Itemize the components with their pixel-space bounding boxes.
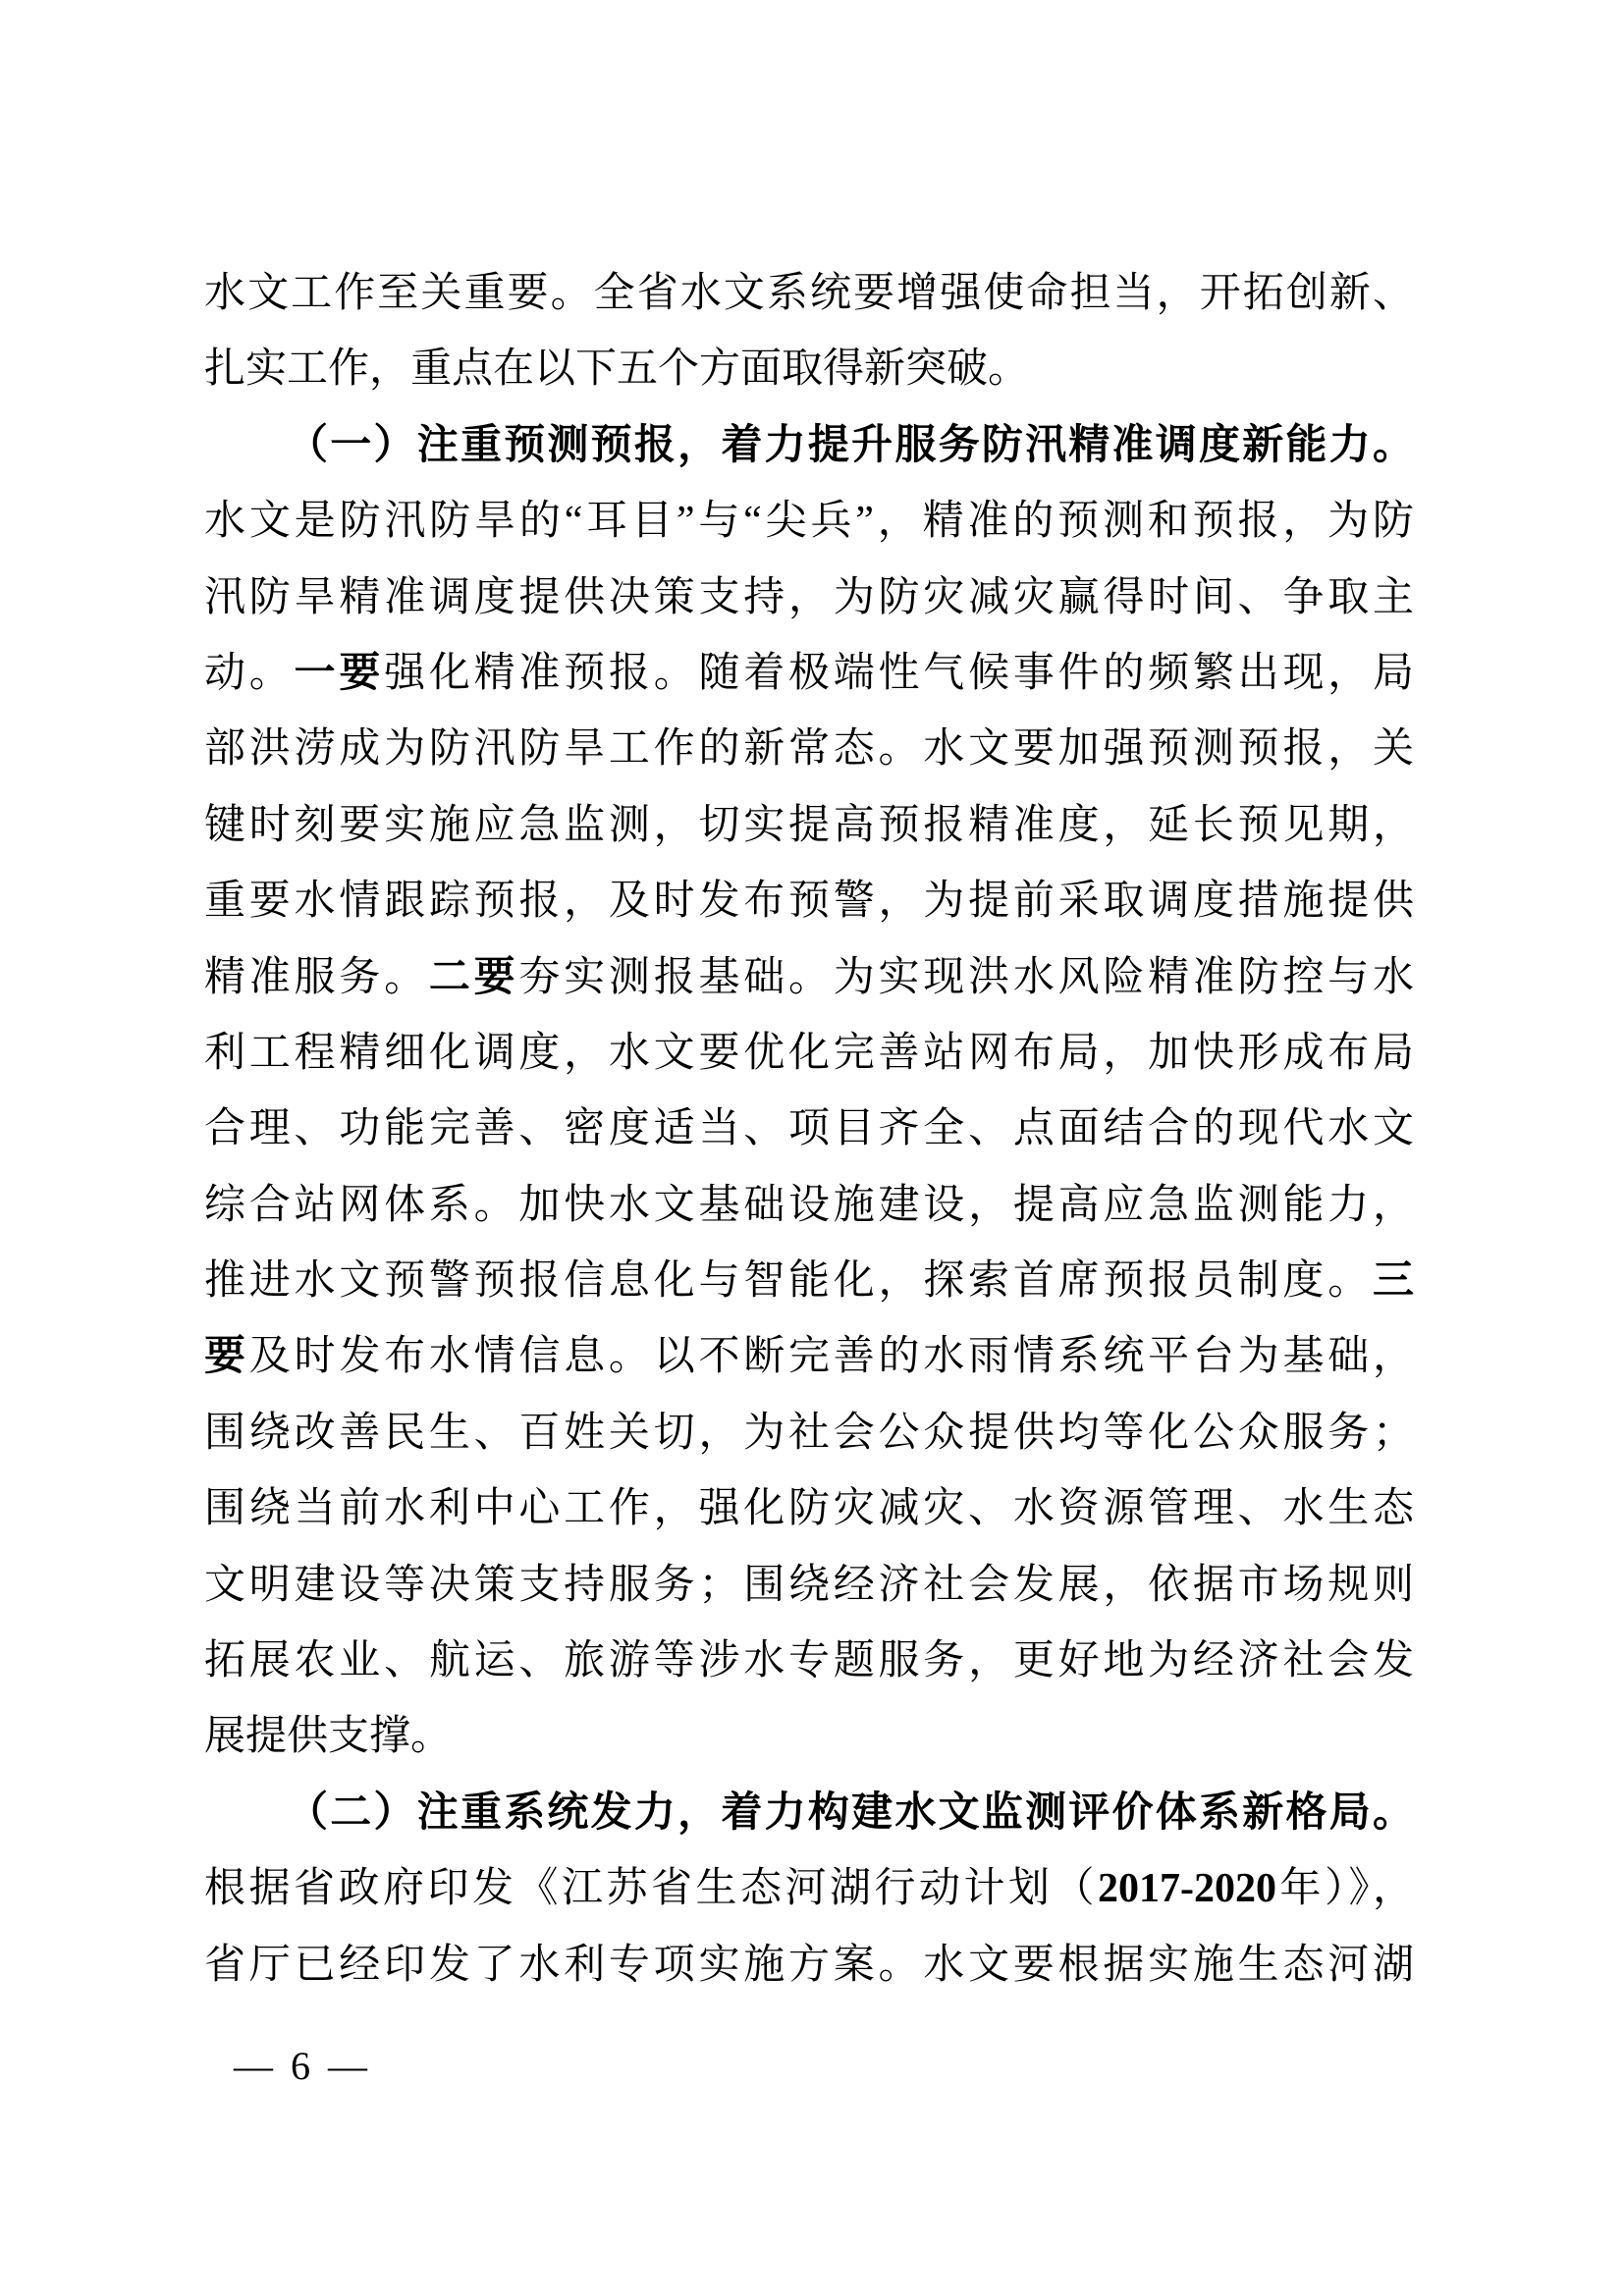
text-segment: 省厅已经印发了水利专项实施方案。水文要根据实施生态河湖 [204, 1943, 1414, 1988]
text-segment: 精准服务。 [204, 955, 429, 1000]
text-line-9: 重要水情跟踪预报，及时发布预警，为提前采取调度措施提供 [204, 864, 1414, 939]
bold-text-segment: 要 [204, 1334, 249, 1379]
text-segment: 综合站网体系。加快水文基础设施建设，提高应急监测能力， [204, 1183, 1414, 1228]
text-segment: 拓展农业、航运、旅游等涉水专题服务，更好地为经济社会发 [204, 1638, 1414, 1683]
text-segment: 重要水情跟踪预报，及时发布预警，为提前采取调度措施提供 [204, 879, 1414, 924]
text-segment: 合理、功能完善、密度适当、项目齐全、点面结合的现代水文 [204, 1106, 1414, 1151]
text-line-2: 扎实工作，重点在以下五个方面取得新突破。 [204, 332, 1414, 407]
text-segment: 年）》， [1276, 1866, 1414, 1911]
text-segment: 水文工作至关重要。全省水文系统要增强使命担当，开拓创新、 [204, 271, 1414, 316]
bold-text-segment: 2017-2020 [1098, 1866, 1276, 1911]
text-segment: 根据省政府印发《江苏省生态河湖行动计划（ [204, 1866, 1098, 1911]
text-segment: 强化精准预报。随着极端性气候事件的频繁出现，局 [384, 651, 1414, 696]
bold-text-segment: 三 [1373, 1258, 1414, 1304]
text-segment: 展提供支撑。 [204, 1714, 452, 1759]
text-line-17: 围绕当前水利中心工作，强化防灾减灾、水资源管理、水生态 [204, 1471, 1414, 1547]
text-line-20: 展提供支撑。 [204, 1699, 1414, 1775]
document-page: 水文工作至关重要。全省水文系统要增强使命担当，开拓创新、扎实工作，重点在以下五个… [0, 0, 1624, 2296]
text-segment: 及时发布水情信息。以不断完善的水雨情系统平台为基础， [249, 1334, 1414, 1379]
bold-text-segment: （二）注重系统发力，着力构建水文监测评价体系新格局。 [287, 1790, 1414, 1836]
text-segment: 键时刻要实施应急监测，切实提高预报精准度，延长预见期， [204, 803, 1414, 848]
bold-text-segment: （一）注重预测预报，着力提升服务防汛精准调度新能力。 [287, 423, 1414, 468]
text-segment: 围绕改善民生、百姓关切，为社会公众提供均等化公众服务； [204, 1411, 1414, 1456]
text-line-3: （一）注重预测预报，着力提升服务防汛精准调度新能力。 [204, 408, 1414, 484]
text-segment: 水文是防汛防旱的“耳目”与“尖兵”，精准的预测和预报，为防 [204, 499, 1414, 544]
text-line-22: 根据省政府印发《江苏省生态河湖行动计划（2017-2020年）》， [204, 1851, 1414, 1927]
text-line-11: 利工程精细化调度，水文要优化完善站网布局，加快形成布局 [204, 1016, 1414, 1092]
text-line-12: 合理、功能完善、密度适当、项目齐全、点面结合的现代水文 [204, 1092, 1414, 1167]
text-segment: 利工程精细化调度，水文要优化完善站网布局，加快形成布局 [204, 1031, 1414, 1076]
text-line-14: 推进水文预警预报信息化与智能化，探索首席预报员制度。三 [204, 1244, 1414, 1319]
text-line-23: 省厅已经印发了水利专项实施方案。水文要根据实施生态河湖 [204, 1928, 1414, 2003]
text-segment: 夯实测报基础。为实现洪水风险精准防控与水 [518, 955, 1414, 1000]
text-line-1: 水文工作至关重要。全省水文系统要增强使命担当，开拓创新、 [204, 256, 1414, 332]
text-line-13: 综合站网体系。加快水文基础设施建设，提高应急监测能力， [204, 1168, 1414, 1244]
text-line-8: 键时刻要实施应急监测，切实提高预报精准度，延长预见期， [204, 788, 1414, 864]
text-line-19: 拓展农业、航运、旅游等涉水专题服务，更好地为经济社会发 [204, 1624, 1414, 1699]
text-line-6: 动。一要强化精准预报。随着极端性气候事件的频繁出现，局 [204, 636, 1414, 712]
text-segment: 汛防旱精准调度提供决策支持，为防灾减灾赢得时间、争取主 [204, 575, 1414, 620]
text-line-21: （二）注重系统发力，着力构建水文监测评价体系新格局。 [204, 1776, 1414, 1851]
text-line-4: 水文是防汛防旱的“耳目”与“尖兵”，精准的预测和预报，为防 [204, 484, 1414, 560]
text-segment: 部洪涝成为防汛防旱工作的新常态。水文要加强预测预报，关 [204, 726, 1414, 772]
text-segment: 文明建设等决策支持服务；围绕经济社会发展，依据市场规则 [204, 1563, 1414, 1608]
text-line-15: 要及时发布水情信息。以不断完善的水雨情系统平台为基础， [204, 1319, 1414, 1395]
text-segment: 动。 [204, 651, 295, 696]
text-line-18: 文明建设等决策支持服务；围绕经济社会发展，依据市场规则 [204, 1548, 1414, 1624]
text-line-16: 围绕改善民生、百姓关切，为社会公众提供均等化公众服务； [204, 1396, 1414, 1471]
text-segment: 扎实工作，重点在以下五个方面取得新突破。 [204, 347, 1029, 392]
text-segment: 围绕当前水利中心工作，强化防灾减灾、水资源管理、水生态 [204, 1486, 1414, 1531]
page-number: — 6 — [234, 2045, 371, 2088]
bold-text-segment: 一要 [295, 651, 385, 696]
document-body: 水文工作至关重要。全省水文系统要增强使命担当，开拓创新、扎实工作，重点在以下五个… [204, 256, 1414, 2003]
bold-text-segment: 二要 [429, 955, 519, 1000]
text-line-5: 汛防旱精准调度提供决策支持，为防灾减灾赢得时间、争取主 [204, 561, 1414, 636]
text-line-10: 精准服务。二要夯实测报基础。为实现洪水风险精准防控与水 [204, 940, 1414, 1016]
text-line-7: 部洪涝成为防汛防旱工作的新常态。水文要加强预测预报，关 [204, 712, 1414, 787]
text-segment: 推进水文预警预报信息化与智能化，探索首席预报员制度。 [204, 1258, 1373, 1304]
